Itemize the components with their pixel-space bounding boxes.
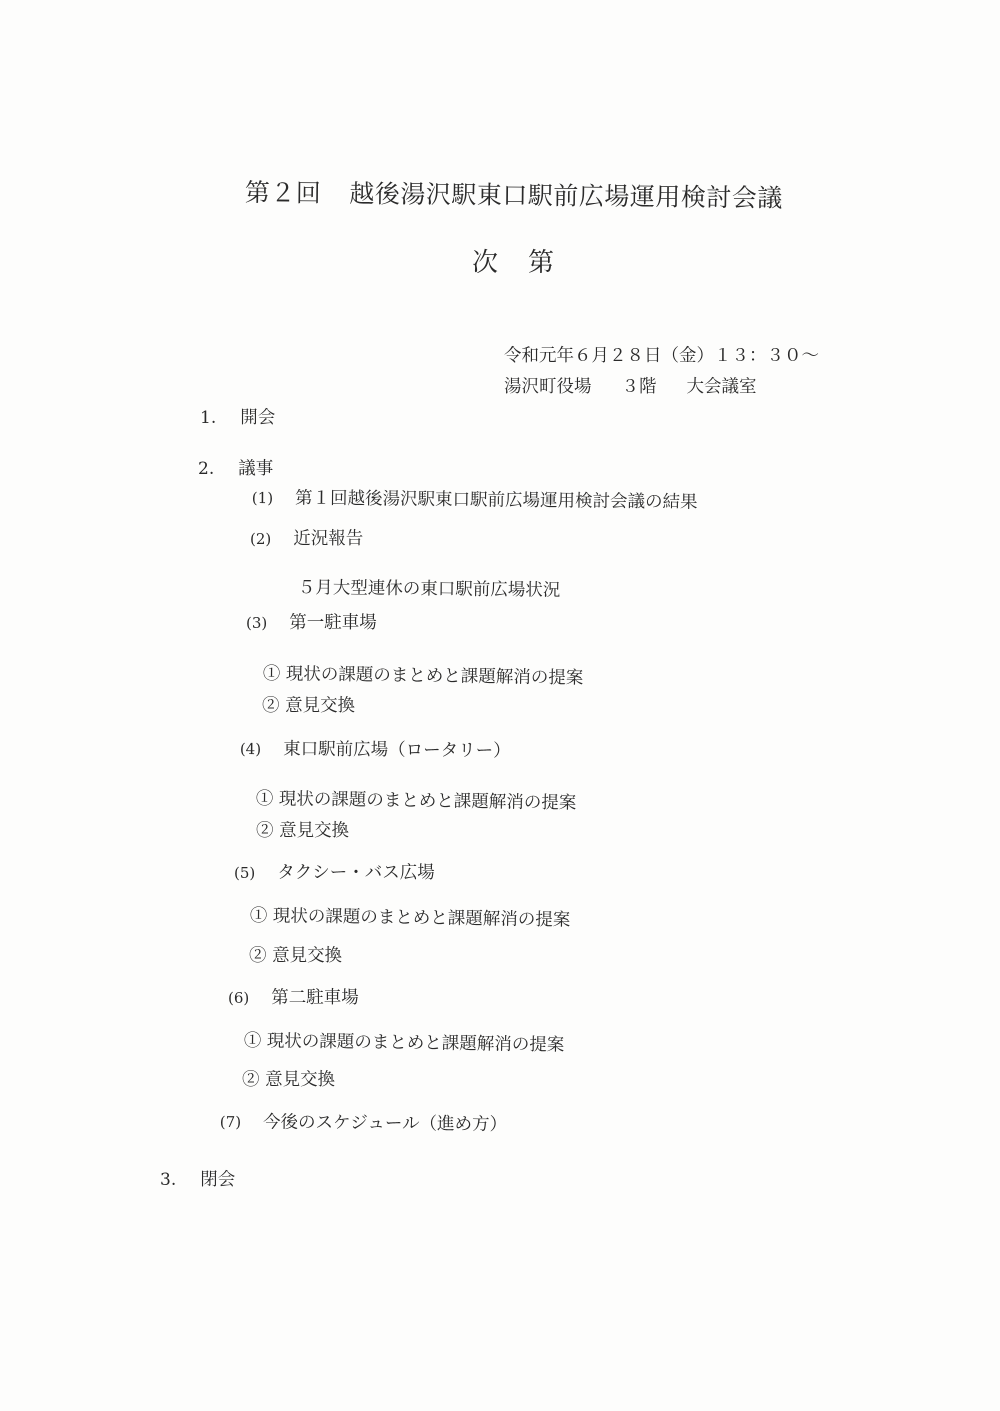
item-number: (1)	[252, 489, 273, 507]
agenda-item-3-sub-2: ② 意見交換	[262, 692, 355, 717]
section-number: 1.	[200, 408, 216, 428]
agenda-item-4-sub-2: ② 意見交換	[256, 817, 349, 842]
item-label: 東口駅前広場（ロータリー）	[283, 739, 511, 761]
agenda-item-6-sub-1: ① 現状の課題のまとめと課題解消の提案	[244, 1027, 565, 1056]
agenda-item-3: (3)第一駐車場	[246, 609, 377, 634]
meeting-number: 第２回	[245, 178, 322, 208]
section-label: 議事	[238, 459, 273, 479]
meeting-location: 湯沢町役場３階大会議室	[504, 373, 757, 398]
agenda-section-closing: 3.閉会	[160, 1166, 235, 1191]
meeting-datetime: 令和元年６月２８日（金）１３：３０～	[504, 342, 819, 367]
item-label: 今後のスケジュール（進め方）	[263, 1112, 507, 1135]
item-label: 第１回越後湯沢駅東口駅前広場運用検討会議の結果	[295, 488, 698, 512]
section-number: 3.	[160, 1170, 176, 1190]
item-number: (4)	[240, 740, 261, 758]
item-label: 第一駐車場	[289, 613, 377, 633]
agenda-section-proceedings: 2.議事	[198, 455, 273, 480]
agenda-item-7: (7)今後のスケジュール（進め方）	[220, 1108, 507, 1136]
item-label: タクシー・バス広場	[277, 863, 435, 883]
venue: 湯沢町役場	[504, 377, 592, 397]
agenda-item-5-sub-2: ② 意見交換	[249, 942, 342, 967]
agenda-item-5: (5)タクシー・バス広場	[234, 859, 435, 884]
agenda-item-1: (1)第１回越後湯沢駅東口駅前広場運用検討会議の結果	[252, 484, 698, 514]
item-label: 第二駐車場	[271, 988, 359, 1008]
room: 大会議室	[687, 377, 757, 397]
item-number: (5)	[234, 864, 255, 882]
agenda-item-6-sub-2: ② 意見交換	[242, 1066, 335, 1091]
agenda-item-3-sub-1: ① 現状の課題のまとめと課題解消の提案	[263, 660, 584, 689]
section-label: 開会	[240, 408, 275, 428]
agenda-item-2-note: ５月大型連休の東口駅前広場状況	[298, 574, 561, 602]
item-number: (6)	[228, 989, 249, 1007]
agenda-section-opening: 1.開会	[200, 404, 275, 429]
agenda-item-2: (2)近況報告	[250, 525, 363, 550]
agenda-item-6: (6)第二駐車場	[228, 984, 359, 1009]
agenda-item-4: (4)東口駅前広場（ロータリー）	[240, 735, 511, 762]
section-number: 2.	[198, 459, 214, 479]
section-label: 閉会	[200, 1170, 235, 1190]
agenda-item-5-sub-1: ① 現状の課題のまとめと課題解消の提案	[250, 902, 571, 931]
meeting-name: 越後湯沢駅東口駅前広場運用検討会議	[349, 179, 783, 213]
item-number: (2)	[250, 530, 271, 548]
item-number: (3)	[246, 614, 267, 632]
page-title: 第２回越後湯沢駅東口駅前広場運用検討会議	[245, 173, 783, 215]
agenda-item-4-sub-1: ① 現状の課題のまとめと課題解消の提案	[256, 785, 577, 814]
item-label: 近況報告	[293, 529, 363, 549]
floor: ３階	[622, 377, 657, 397]
page-subtitle: 次第	[472, 242, 584, 279]
item-number: (7)	[220, 1113, 241, 1131]
